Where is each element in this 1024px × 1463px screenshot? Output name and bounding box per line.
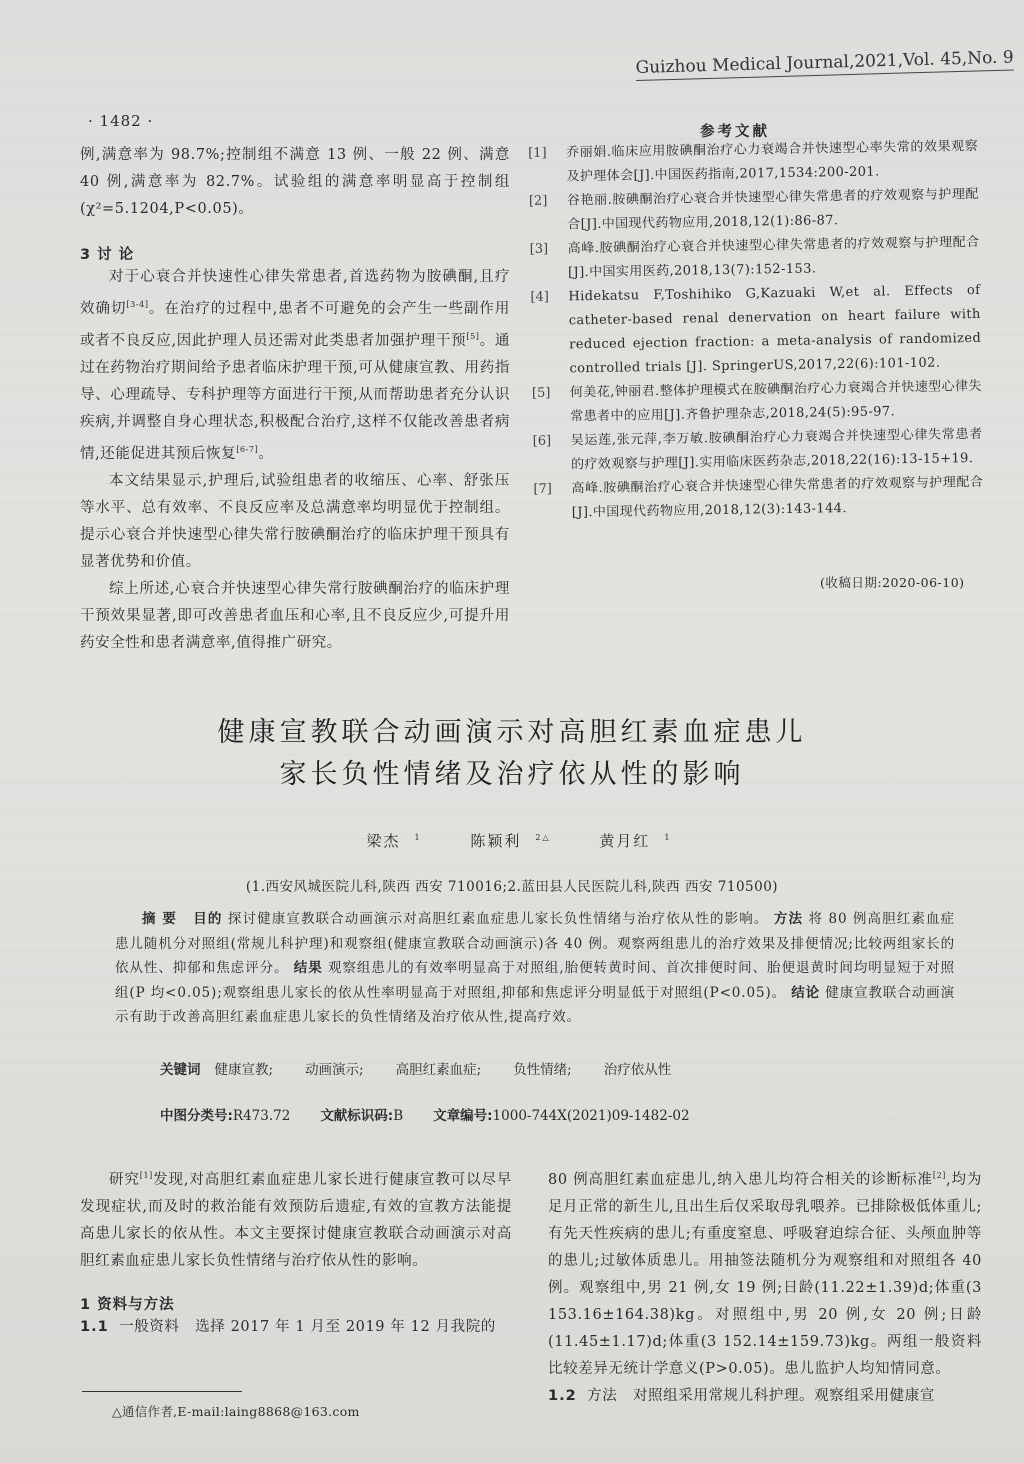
keyword: 负性情绪; xyxy=(513,1058,572,1078)
abstract: 摘 要 目的 探讨健康宣教联合动画演示对高胆红素血症患儿家长负性情绪与治疗依从性… xyxy=(115,907,955,1030)
page-number: · 1482 · xyxy=(88,112,153,130)
received-date: (收稿日期:2020-06-10) xyxy=(820,573,965,591)
discussion-paragraph-3: 综上所述,心衰合并快速型心律失常行胺碘酮治疗的临床护理干预效果显著,即可改善患者… xyxy=(80,576,510,657)
classification-line: 中图分类号:R473.72 文献标识码:B 文章编号:1000-744X(202… xyxy=(160,1104,720,1124)
keyword: 治疗依从性 xyxy=(604,1058,672,1078)
citation: [6-7] xyxy=(236,445,258,454)
intro-paragraph: 研究[1]发现,对高胆红素血症患儿家长进行健康宣教可以尽早发现症状,而及时的救治… xyxy=(80,1162,512,1275)
section-1-heading: 1 资料与方法 xyxy=(80,1293,512,1314)
clc-number: 中图分类号:R473.72 xyxy=(160,1104,290,1124)
citation: [3-4] xyxy=(126,300,148,309)
abstract-label: 摘 要 xyxy=(142,911,177,927)
objective-label: 目的 xyxy=(193,911,222,927)
section-1-1-paragraph: 1.1 一般资料 选择 2017 年 1 月至 2019 年 12 月我院的 xyxy=(80,1314,512,1341)
reference-item: [1]乔丽娟.临床应用胺碘酮治疗心力衰竭合并快速型心率失常的效果观察及护理体会[… xyxy=(528,135,979,190)
author-list: 梁杰1 陈颖利2△ 黄月红1 xyxy=(0,830,1024,851)
author: 梁杰1 xyxy=(352,832,421,850)
references-list: [1]乔丽娟.临床应用胺碘酮治疗心力衰竭合并快速型心率失常的效果观察及护理体会[… xyxy=(528,135,984,526)
reference-item: [4]Hidekatsu F,Toshihiko G,Kazuaki W,et … xyxy=(530,279,981,382)
objective-text: 探讨健康宣教联合动画演示对高胆红素血症患儿家长负性情绪与治疗依从性的影响。 xyxy=(228,911,769,927)
affiliations: (1.西安风城医院儿科,陕西 西安 710016;2.蓝田县人民医院儿科,陕西 … xyxy=(0,875,1024,895)
keywords-label: 关键词 xyxy=(160,1058,201,1078)
discussion-paragraph-1: 对于心衰合并快速性心律失常患者,首选药物为胺碘酮,且疗效确切[3-4]。在治疗的… xyxy=(80,264,510,468)
reference-item: [7]高峰.胺碘酮治疗心衰合并快速型心律失常患者的疗效观察与护理配合[J].中国… xyxy=(533,471,984,526)
conclusion-label: 结论 xyxy=(791,985,820,1001)
title-line-1: 健康宣教联合动画演示对高胆红素血症患儿 xyxy=(0,712,1024,754)
title-line-2: 家长负性情绪及治疗依从性的影响 xyxy=(0,754,1024,796)
reference-item: [3]高峰.胺碘酮治疗心衰合并快速型心律失常患者的疗效观察与护理配合[J].中国… xyxy=(530,231,981,286)
footnote-divider xyxy=(82,1391,242,1392)
reference-item: [2]谷艳丽.胺碘酮治疗心衰合并快速型心律失常患者的疗效观察与护理配合[J].中… xyxy=(529,183,980,238)
discussion-paragraph-2: 本文结果显示,护理后,试验组患者的收缩压、心率、舒张压等水平、总有效率、不良反应… xyxy=(80,468,510,576)
keyword: 动画演示; xyxy=(305,1058,364,1078)
keywords: 关键词 健康宣教; 动画演示; 高胆红素血症; 负性情绪; 治疗依从性 xyxy=(160,1058,703,1078)
prev-article-left-column: 例,满意率为 98.7%;控制组不满意 13 例、一般 22 例、满意 40 例… xyxy=(80,142,510,657)
section-1-1-continued: 80 例高胆红素血症患儿,纳入患儿均符合相关的诊断标准[2],均为足月正常的新生… xyxy=(548,1162,982,1383)
journal-page: · 1482 · Guizhou Medical Journal,2021,Vo… xyxy=(0,0,1024,1463)
reference-item: [6]吴运莲,张元萍,李万敏.胺碘酮治疗心力衰竭合并快速型心律失常患者的疗效观察… xyxy=(533,423,984,478)
journal-running-header: Guizhou Medical Journal,2021,Vol. 45,No.… xyxy=(635,47,1014,81)
results-tail-paragraph: 例,满意率为 98.7%;控制组不满意 13 例、一般 22 例、满意 40 例… xyxy=(80,142,510,223)
keyword: 健康宣教; xyxy=(215,1058,274,1078)
author: 陈颖利2△ xyxy=(456,832,550,850)
article-left-column: 研究[1]发现,对高胆红素血症患儿家长进行健康宣教可以尽早发现症状,而及时的救治… xyxy=(80,1162,512,1341)
citation: [1] xyxy=(140,1171,153,1180)
article-number: 文章编号:1000-744X(2021)09-1482-02 xyxy=(433,1104,689,1124)
document-code: 文献标识码:B xyxy=(320,1104,403,1124)
citation: [5] xyxy=(466,332,479,341)
reference-item: [5]何美花,钟丽君.整体护理模式在胺碘酮治疗心力衰竭合并快速型心律失常患者中的… xyxy=(532,375,983,430)
section-1-2-paragraph: 1.2 方法 对照组采用常规儿科护理。观察组采用健康宣 xyxy=(548,1383,982,1410)
results-label: 结果 xyxy=(294,960,323,976)
article-right-column: 80 例高胆红素血症患儿,纳入患儿均符合相关的诊断标准[2],均为足月正常的新生… xyxy=(548,1162,982,1410)
author: 黄月红1 xyxy=(585,832,671,850)
methods-label: 方法 xyxy=(774,911,803,927)
keyword: 高胆红素血症; xyxy=(396,1058,482,1078)
citation: [2] xyxy=(933,1171,946,1180)
article-title: 健康宣教联合动画演示对高胆红素血症患儿 家长负性情绪及治疗依从性的影响 xyxy=(0,712,1024,796)
discussion-heading: 3 讨 论 xyxy=(80,243,510,264)
corresponding-author-footnote: △通信作者,E-mail:laing8868@163.com xyxy=(112,1402,360,1420)
